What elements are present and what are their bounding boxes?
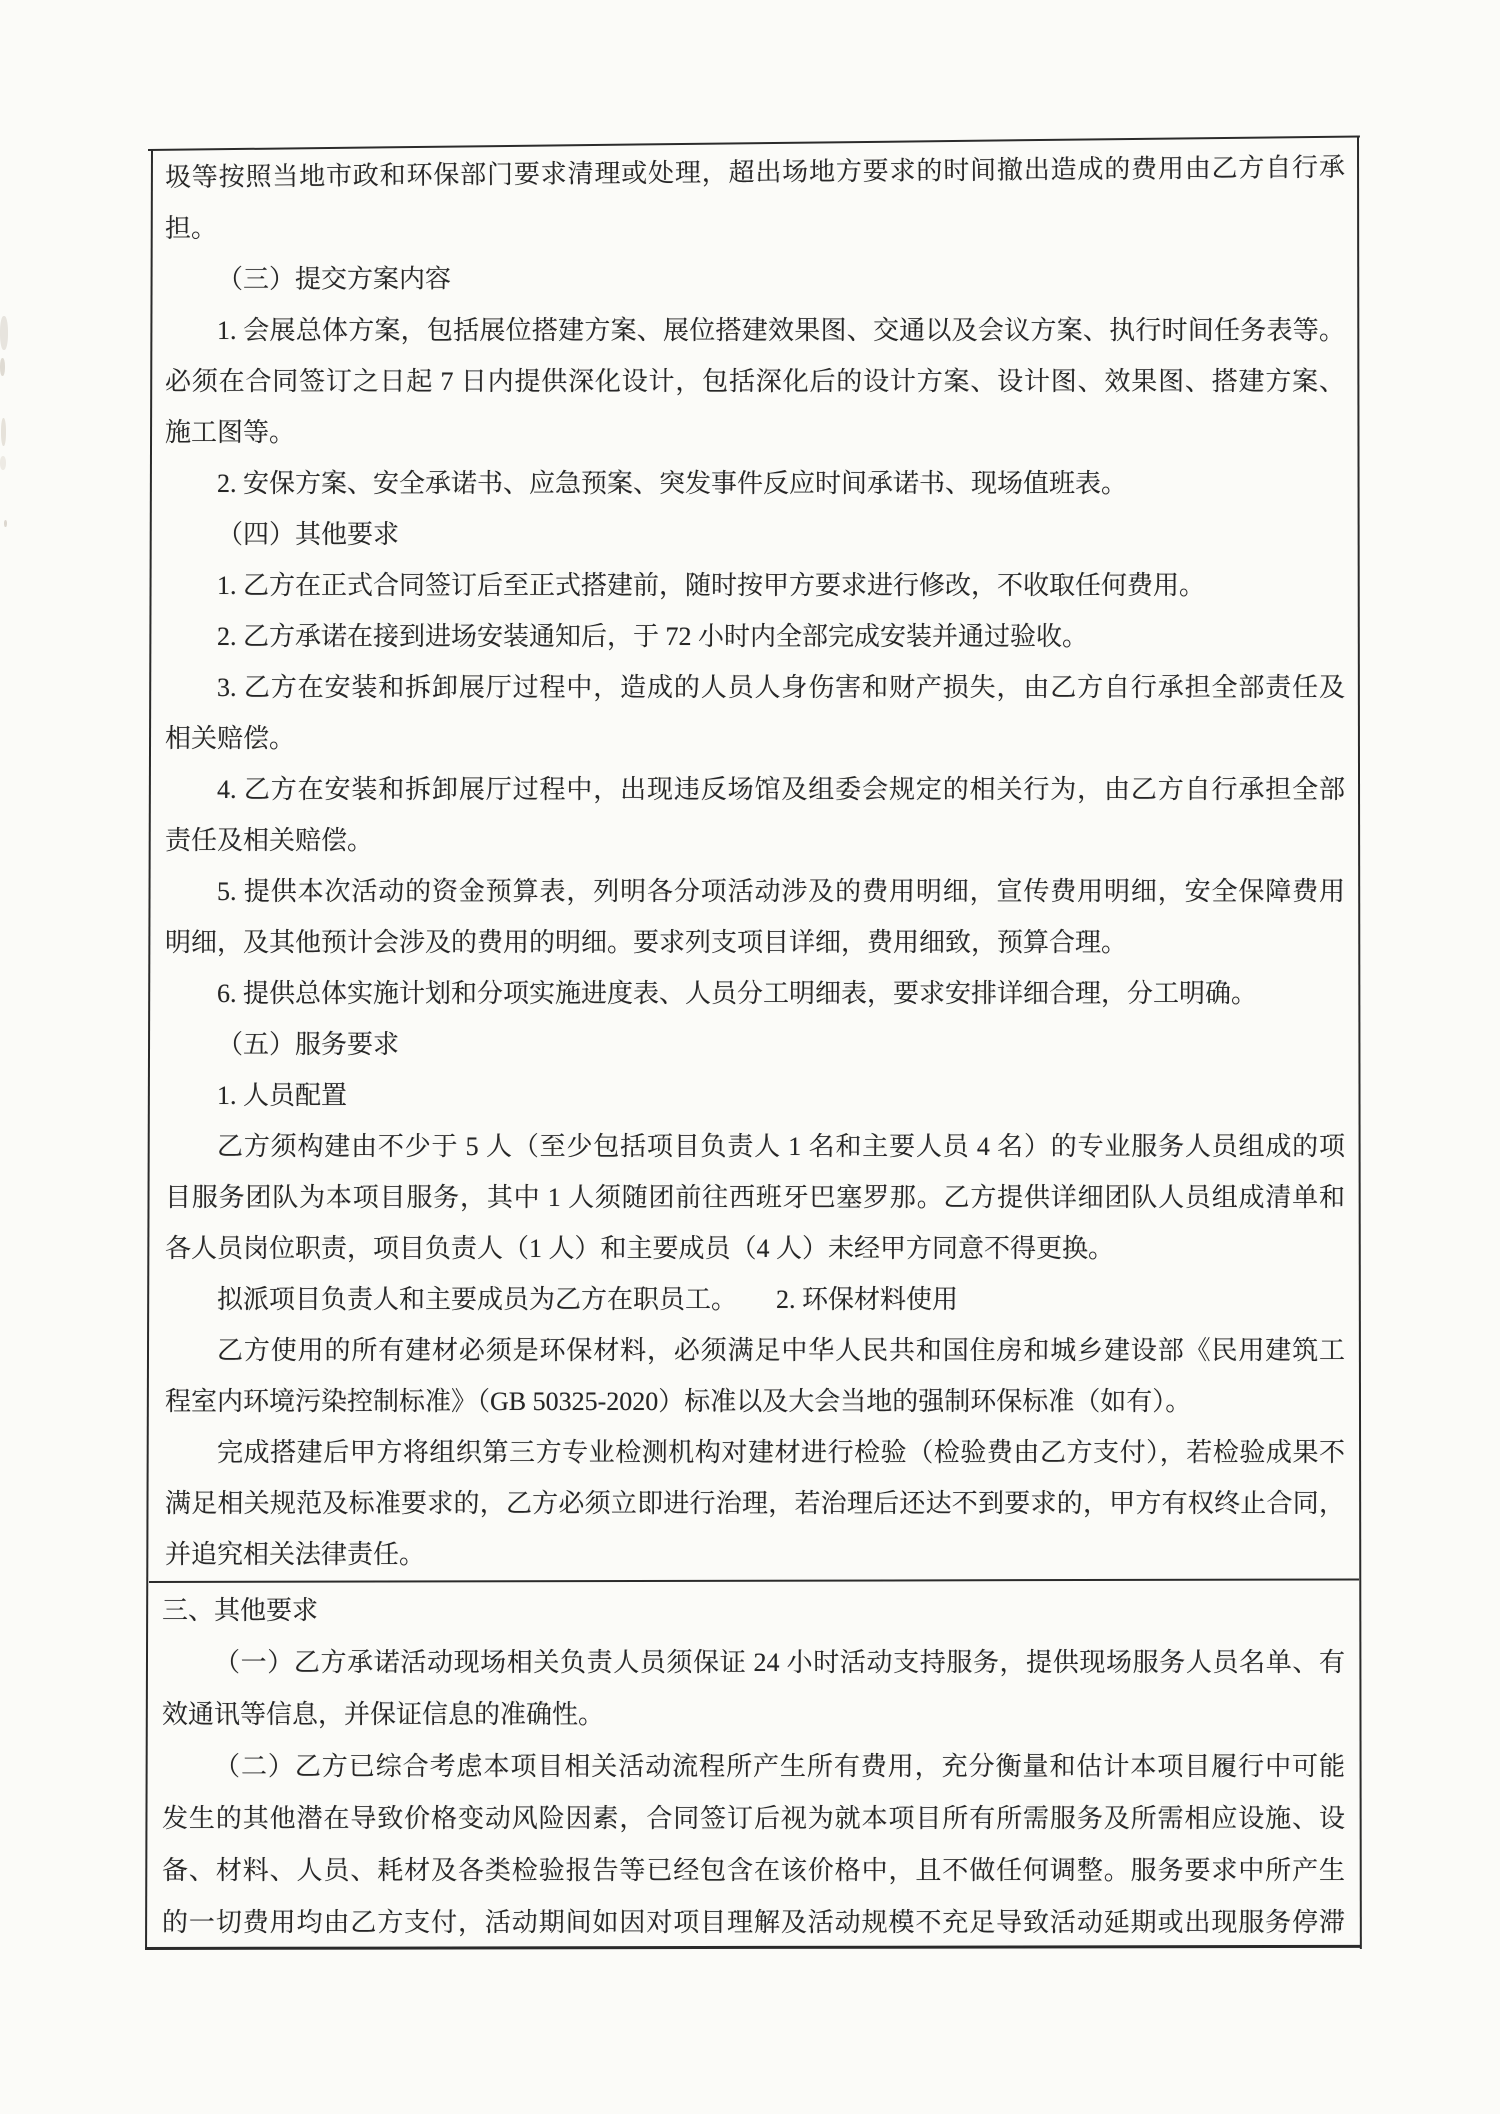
scan-smudge [4,520,7,527]
text-line: 拟派项目负责人和主要成员为乙方在职员工。 2. 环保材料使用 [165,1274,1345,1325]
scan-smudge [0,316,8,350]
scan-smudge [0,358,5,376]
text-line: 必须在合同签订之日起 7 日内提供深化设计，包括深化后的设计方案、设计图、效果图… [165,356,1345,407]
table-border-right [1357,136,1362,1949]
text-line: 并追究相关法律责任。 [165,1529,1345,1580]
text-line: 各人员岗位职责，项目负责人（1 人）和主要成员（4 人）未经甲方同意不得更换。 [165,1223,1345,1274]
text-line: 乙方须构建由不少于 5 人（至少包括项目负责人 1 名和主要人员 4 名）的专业… [165,1121,1345,1172]
text-line: 1. 会展总体方案，包括展位搭建方案、展位搭建效果图、交通以及会议方案、执行时间… [165,305,1345,356]
text-line: 圾等按照当地市政和环保部门要求清理或处理，超出场地方要求的时间撤出造成的费用由乙… [165,142,1345,203]
text-line: 3. 乙方在安装和拆卸展厅过程中，造成的人员人身伤害和财产损失，由乙方自行承担全… [165,662,1345,713]
text-line: 备、材料、人员、耗材及各类检验报告等已经包含在该价格中，且不做任何调整。服务要求… [162,1845,1345,1897]
table-border-left [145,150,153,1949]
scan-smudge [1,418,6,446]
text-line: 程室内环境污染控制标准》（GB 50325-2020）标准以及大会当地的强制环保… [165,1376,1345,1427]
table-cell-other-requirements: 三、其他要求（一）乙方承诺活动现场相关负责人员须保证 24 小时活动支持服务，提… [162,1585,1345,1949]
text-line: 4. 乙方在安装和拆卸展厅过程中，出现违反场馆及组委会规定的相关行为，由乙方自行… [165,764,1345,815]
text-line: 发生的其他潜在导致价格变动风险因素，合同签订后视为就本项目所有所需服务及所需相应… [162,1793,1345,1845]
text-line: 1. 人员配置 [165,1070,1345,1121]
scan-smudge [0,456,6,470]
text-line: 6. 提供总体实施计划和分项实施进度表、人员分工明细表，要求安排详细合理，分工明… [165,968,1345,1019]
text-line: 相关赔偿。 [165,713,1345,764]
text-line: 2. 安保方案、安全承诺书、应急预案、突发事件反应时间承诺书、现场值班表。 [165,458,1345,509]
text-line: （四）其他要求 [165,509,1345,560]
text-line: 1. 乙方在正式合同签订后至正式搭建前，随时按甲方要求进行修改，不收取任何费用。 [165,560,1345,611]
text-line: 施工图等。 [165,407,1345,458]
text-line: 2. 乙方承诺在接到进场安装通知后，于 72 小时内全部完成安装并通过验收。 [165,611,1345,662]
text-line: 目服务团队为本项目服务，其中 1 人须随团前往西班牙巴塞罗那。乙方提供详细团队人… [165,1172,1345,1223]
text-line: 担。 [165,197,1345,254]
text-line: 责任及相关赔偿。 [165,815,1345,866]
text-line: 完成搭建后甲方将组织第三方专业检测机构对建材进行检验（检验费由乙方支付），若检验… [165,1427,1345,1478]
scanned-page: 圾等按照当地市政和环保部门要求清理或处理，超出场地方要求的时间撤出造成的费用由乙… [0,0,1500,2114]
text-line: 5. 提供本次活动的资金预算表，列明各分项活动涉及的费用明细，宣传费用明细，安全… [165,866,1345,917]
text-line: 三、其他要求 [162,1585,1345,1637]
text-line: （一）乙方承诺活动现场相关负责人员须保证 24 小时活动支持服务，提供现场服务人… [162,1637,1345,1689]
text-line: 乙方使用的所有建材必须是环保材料，必须满足中华人民共和国住房和城乡建设部《民用建… [165,1325,1345,1376]
text-line: 满足相关规范及标准要求的，乙方必须立即进行治理，若治理后还达不到要求的，甲方有权… [165,1478,1345,1529]
text-line: 明细，及其他预计会涉及的费用的明细。要求列支项目详细，费用细致，预算合理。 [165,917,1345,968]
text-line: （二）乙方已综合考虑本项目相关活动流程所产生所有费用，充分衡量和估计本项目履行中… [162,1741,1345,1793]
text-line: 效通讯等信息，并保证信息的准确性。 [162,1689,1345,1741]
text-line: 的一切费用均由乙方支付，活动期间如因对项目理解及活动规模不充足导致活动延期或出现… [162,1897,1345,1949]
text-line: （五）服务要求 [165,1019,1345,1070]
table-cell-main-requirements: 圾等按照当地市政和环保部门要求清理或处理，超出场地方要求的时间撤出造成的费用由乙… [165,152,1345,1580]
text-line: （三）提交方案内容 [165,251,1345,305]
